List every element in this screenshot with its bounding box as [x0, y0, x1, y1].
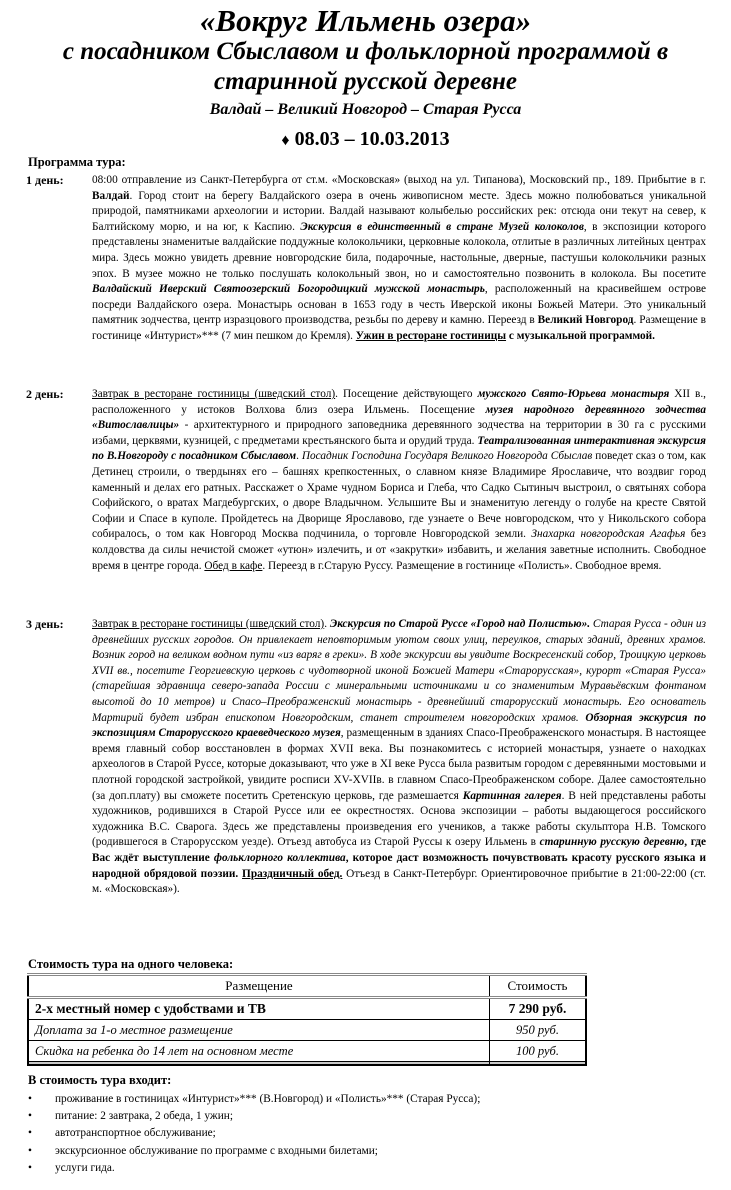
text-segment: Экскурсия в единственный в стране Музей … — [300, 221, 583, 233]
text-segment: Знахарка новгородская Агафья — [531, 528, 685, 540]
text-segment: Посадник Господина Государя Великого Нов… — [302, 450, 593, 462]
bullet-icon: • — [28, 1143, 32, 1160]
list-item: •проживание в гостиницах «Интурист»*** (… — [28, 1091, 480, 1108]
tour-subtitle-line-1: с посадником Сбыславом и фольклорной про… — [0, 37, 731, 67]
text-segment: поведет сказ о том, как Детинец строили,… — [92, 450, 706, 540]
bullet-icon: • — [28, 1160, 32, 1177]
day-description: Завтрак в ресторане гостиницы (шведский … — [92, 387, 706, 574]
pricing-table: Размещение Стоимость 2-х местный номер с… — [27, 973, 587, 1066]
accommodation-cell: 2-х местный номер с удобствами и ТВ — [28, 998, 490, 1020]
program-heading: Программа тура: — [28, 155, 126, 170]
table-footer-rule — [28, 1062, 586, 1066]
text-segment: Картинная галерея — [463, 790, 562, 802]
price-cell: 100 руб. — [490, 1041, 587, 1062]
pricing-row: Скидка на ребенка до 14 лет на основном … — [28, 1041, 586, 1062]
tour-subtitle-line-2: старинной русской деревне — [0, 67, 731, 97]
tour-dates-text: 08.03 – 10.03.2013 — [295, 128, 450, 150]
list-item: •услуги гида. — [28, 1160, 480, 1177]
included-list: •проживание в гостиницах «Интурист»*** (… — [28, 1091, 480, 1177]
day-description: Завтрак в ресторане гостиницы (шведский … — [92, 617, 706, 898]
pricing-heading: Стоимость тура на одного человека: — [28, 957, 233, 972]
text-segment: Валдайский Иверский Святоозерский Богоро… — [92, 283, 485, 295]
tour-route: Валдай – Великий Новгород – Старая Русса — [0, 100, 731, 120]
pricing-row: Доплата за 1-о местное размещение 950 ру… — [28, 1020, 586, 1041]
tour-dates: ♦ 08.03 – 10.03.2013 — [0, 127, 731, 153]
bullet-icon: • — [28, 1125, 32, 1142]
bullet-icon: • — [28, 1108, 32, 1125]
text-segment: Праздничный обед. — [242, 868, 342, 880]
bullet-icon: • — [28, 1091, 32, 1108]
day-label: 2 день: — [26, 387, 64, 403]
accommodation-cell: Скидка на ребенка до 14 лет на основном … — [28, 1041, 490, 1062]
diamond-icon: ♦ — [281, 132, 289, 149]
pricing-row: 2-х местный номер с удобствами и ТВ 7 29… — [28, 998, 586, 1020]
text-segment: Экскурсия по Старой Руссе «Город над Пол… — [330, 618, 590, 630]
text-segment: Обед в кафе — [204, 560, 262, 572]
program-day-1: 1 день: 08:00 отправление из Санкт-Петер… — [26, 173, 706, 345]
text-segment: Великий Новгород — [538, 314, 634, 326]
list-item: •автотранспортное обслуживание; — [28, 1125, 480, 1142]
day-description: 08:00 отправление из Санкт-Петербурга от… — [92, 173, 706, 345]
list-item: •питание: 2 завтрака, 2 обеда, 1 ужин; — [28, 1108, 480, 1125]
text-segment: старинную русскую деревню — [540, 836, 685, 848]
column-header-accommodation: Размещение — [28, 975, 490, 998]
price-cell: 7 290 руб. — [490, 998, 587, 1020]
list-item: •экскурсионное обслуживание по программе… — [28, 1143, 480, 1160]
text-segment: Старая Русса - один из древнейших русски… — [92, 618, 706, 724]
text-segment: Завтрак в ресторане гостиницы (шведский … — [92, 388, 335, 400]
included-heading: В стоимость тура входит: — [28, 1073, 171, 1088]
text-segment: . Переезд в г.Старую Руссу. Размещение в… — [262, 560, 661, 572]
price-cell: 950 руб. — [490, 1020, 587, 1041]
day-label: 3 день: — [26, 617, 64, 633]
text-segment: 08:00 отправление из Санкт-Петербурга от… — [92, 174, 706, 186]
program-day-2: 2 день: Завтрак в ресторане гостиницы (ш… — [26, 387, 706, 574]
text-segment: . Посещение действующего — [335, 388, 477, 400]
text-segment: Ужин в ресторане гостиницы — [356, 330, 506, 342]
text-segment: фольклорного коллектива — [214, 852, 346, 864]
program-day-3: 3 день: Завтрак в ресторане гостиницы (ш… — [26, 617, 706, 898]
tour-title: «Вокруг Ильмень озера» — [0, 4, 731, 38]
text-segment: с музыкальной программой. — [506, 330, 655, 342]
text-segment: Завтрак в ресторане гостиницы (шведский … — [92, 618, 324, 630]
text-segment: мужского Свято-Юрьева монастыря — [478, 388, 670, 400]
column-header-price: Стоимость — [490, 975, 587, 998]
pricing-header-row: Размещение Стоимость — [28, 975, 586, 998]
accommodation-cell: Доплата за 1-о местное размещение — [28, 1020, 490, 1041]
text-segment: Валдай — [92, 190, 130, 202]
day-label: 1 день: — [26, 173, 64, 189]
